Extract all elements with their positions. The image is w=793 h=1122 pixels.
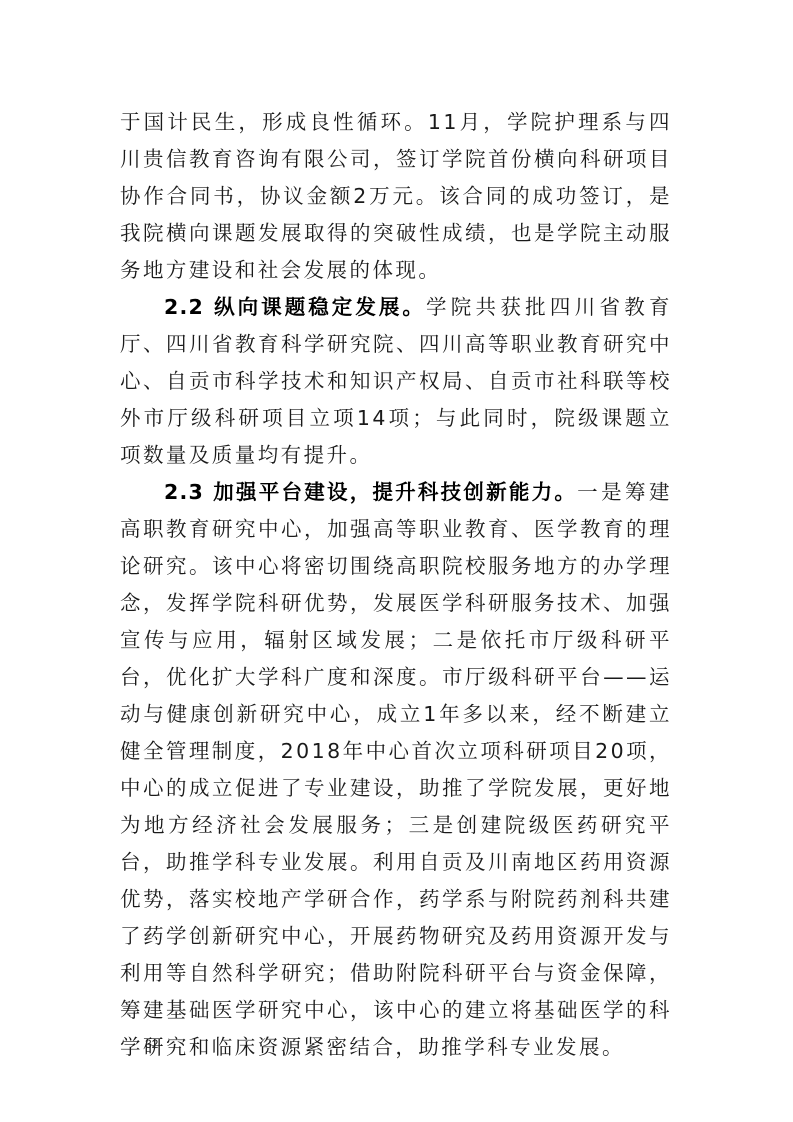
paragraph-text: 一是筹建高职教育研究中心，加强高等职业教育、医学教育的理论研究。该中心将密切围绕…: [120, 480, 672, 1059]
paragraph-text: 学院共获批四川省教育厅、四川省教育科学研究院、四川高等职业教育研究中心、自贡市科…: [120, 295, 672, 467]
document-page-body: 于国计民生，形成良性循环。11月，学院护理系与四川贵信教育咨询有限公司，签订学院…: [120, 104, 672, 1066]
page-number: 32: [145, 1037, 158, 1051]
paragraph-platform-building: 2.3 加强平台建设，提升科技创新能力。一是筹建高职教育研究中心，加强高等职业教…: [120, 474, 672, 1066]
section-heading-2-3: 2.3 加强平台建设，提升科技创新能力。: [164, 480, 577, 504]
paragraph-text: 于国计民生，形成良性循环。11月，学院护理系与四川贵信教育咨询有限公司，签订学院…: [120, 110, 672, 282]
paragraph-horizontal-projects: 于国计民生，形成良性循环。11月，学院护理系与四川贵信教育咨询有限公司，签订学院…: [120, 104, 672, 289]
section-heading-2-2: 2.2 纵向课题稳定发展。: [164, 295, 426, 319]
paragraph-vertical-projects: 2.2 纵向课题稳定发展。学院共获批四川省教育厅、四川省教育科学研究院、四川高等…: [120, 289, 672, 474]
